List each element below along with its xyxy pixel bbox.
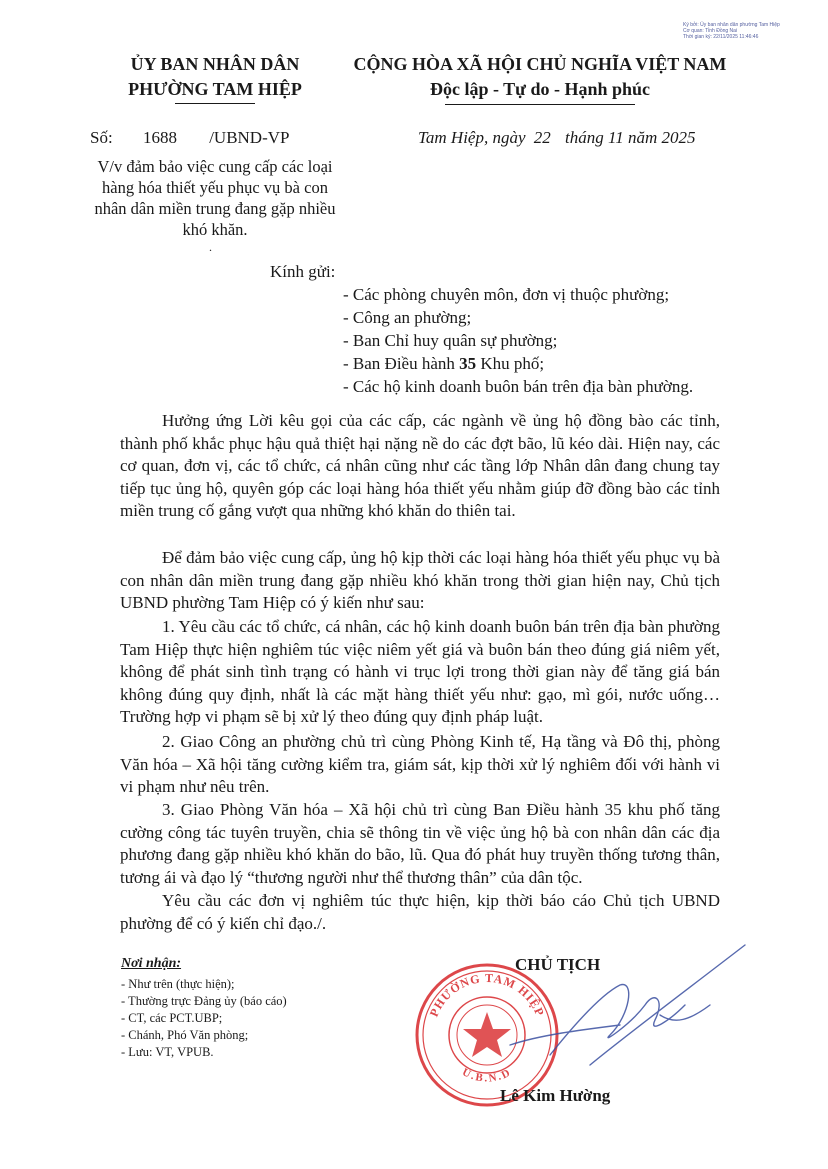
- doc-number-suffix: /UBND-VP: [209, 128, 289, 148]
- national-motto: CỘNG HÒA XÃ HỘI CHỦ NGHĨA VIỆT NAM Độc l…: [340, 52, 740, 102]
- digital-signature-metadata: Ký bởi: Ủy ban nhân dân phường Tam Hiệp …: [683, 22, 780, 40]
- document-number: Số: 1688 /UBND-VP: [90, 128, 289, 148]
- recipients-list: - Như trên (thực hiện); - Thường trực Đả…: [121, 976, 287, 1061]
- body-paragraph: 2. Giao Công an phường chủ trì cùng Phòn…: [120, 731, 720, 799]
- official-letter-page: Ký bởi: Ủy ban nhân dân phường Tam Hiệp …: [0, 0, 828, 1169]
- recipient-item: - Các hộ kinh doanh buôn bán trên địa bà…: [343, 377, 693, 397]
- subject-mark: .: [209, 240, 212, 255]
- body-paragraph: Yêu cầu các đơn vị nghiêm túc thực hiện,…: [120, 890, 720, 935]
- recipients-list-title: Nơi nhận:: [121, 956, 181, 972]
- salutation: Kính gửi:: [270, 262, 335, 282]
- recipients-list-item: - CT, các PCT.UBP;: [121, 1010, 287, 1027]
- signer-name: Lê Kim Hường: [500, 1086, 610, 1106]
- recipients-list-item: - Thường trực Đảng ủy (báo cáo): [121, 993, 287, 1010]
- issuer-underline: [175, 103, 255, 104]
- issuer-line-2: PHƯỜNG TAM HIỆP: [90, 77, 340, 102]
- recipients-list-item: - Như trên (thực hiện);: [121, 976, 287, 993]
- body-paragraph: Hưởng ứng Lời kêu gọi của các cấp, các n…: [120, 410, 720, 523]
- document-subject: V/v đảm bảo việc cung cấp các loại hàng …: [84, 156, 346, 240]
- recipient-text: Khu phố;: [480, 354, 544, 373]
- date-year-label: năm: [628, 128, 657, 147]
- signature-meta-line: Thời gian ký: 22/11/2025 11:46:46: [683, 34, 780, 40]
- handwritten-signature-icon: [470, 935, 750, 1095]
- date-day: 22: [534, 128, 551, 147]
- date-month-label: tháng: [565, 128, 604, 147]
- motto: Độc lập - Tự do - Hạnh phúc: [340, 77, 740, 102]
- date-month: 11: [608, 128, 624, 147]
- recipient-item: - Ban Chỉ huy quân sự phường;: [343, 331, 557, 351]
- date-year: 2025: [662, 128, 696, 147]
- recipient-text: - Ban Điều hành: [343, 354, 455, 373]
- recipient-item: - Ban Điều hành 35 Khu phố;: [343, 354, 544, 374]
- doc-number-value: 1688: [143, 128, 177, 148]
- motto-underline: [445, 104, 635, 105]
- recipient-item: - Các phòng chuyên môn, đơn vị thuộc phư…: [343, 285, 669, 305]
- nation-name: CỘNG HÒA XÃ HỘI CHỦ NGHĨA VIỆT NAM: [340, 52, 740, 77]
- issuer-line-1: ỦY BAN NHÂN DÂN: [90, 52, 340, 77]
- date-place: Tam Hiệp, ngày: [418, 128, 526, 147]
- doc-number-prefix: Số:: [90, 128, 113, 148]
- body-paragraph: 3. Giao Phòng Văn hóa – Xã hội chủ trì c…: [120, 799, 720, 889]
- recipients-list-item: - Lưu: VT, VPUB.: [121, 1044, 287, 1061]
- body-paragraph: 1. Yêu cầu các tổ chức, cá nhân, các hộ …: [120, 616, 720, 729]
- issue-date: Tam Hiệp, ngày 22 tháng 11 năm 2025: [418, 128, 696, 148]
- recipients-list-item: - Chánh, Phó Văn phòng;: [121, 1027, 287, 1044]
- recipient-count: 35: [459, 354, 476, 373]
- body-paragraph: Để đảm bảo việc cung cấp, ủng hộ kịp thờ…: [120, 547, 720, 615]
- issuing-authority: ỦY BAN NHÂN DÂN PHƯỜNG TAM HIỆP: [90, 52, 340, 102]
- recipient-item: - Công an phường;: [343, 308, 471, 328]
